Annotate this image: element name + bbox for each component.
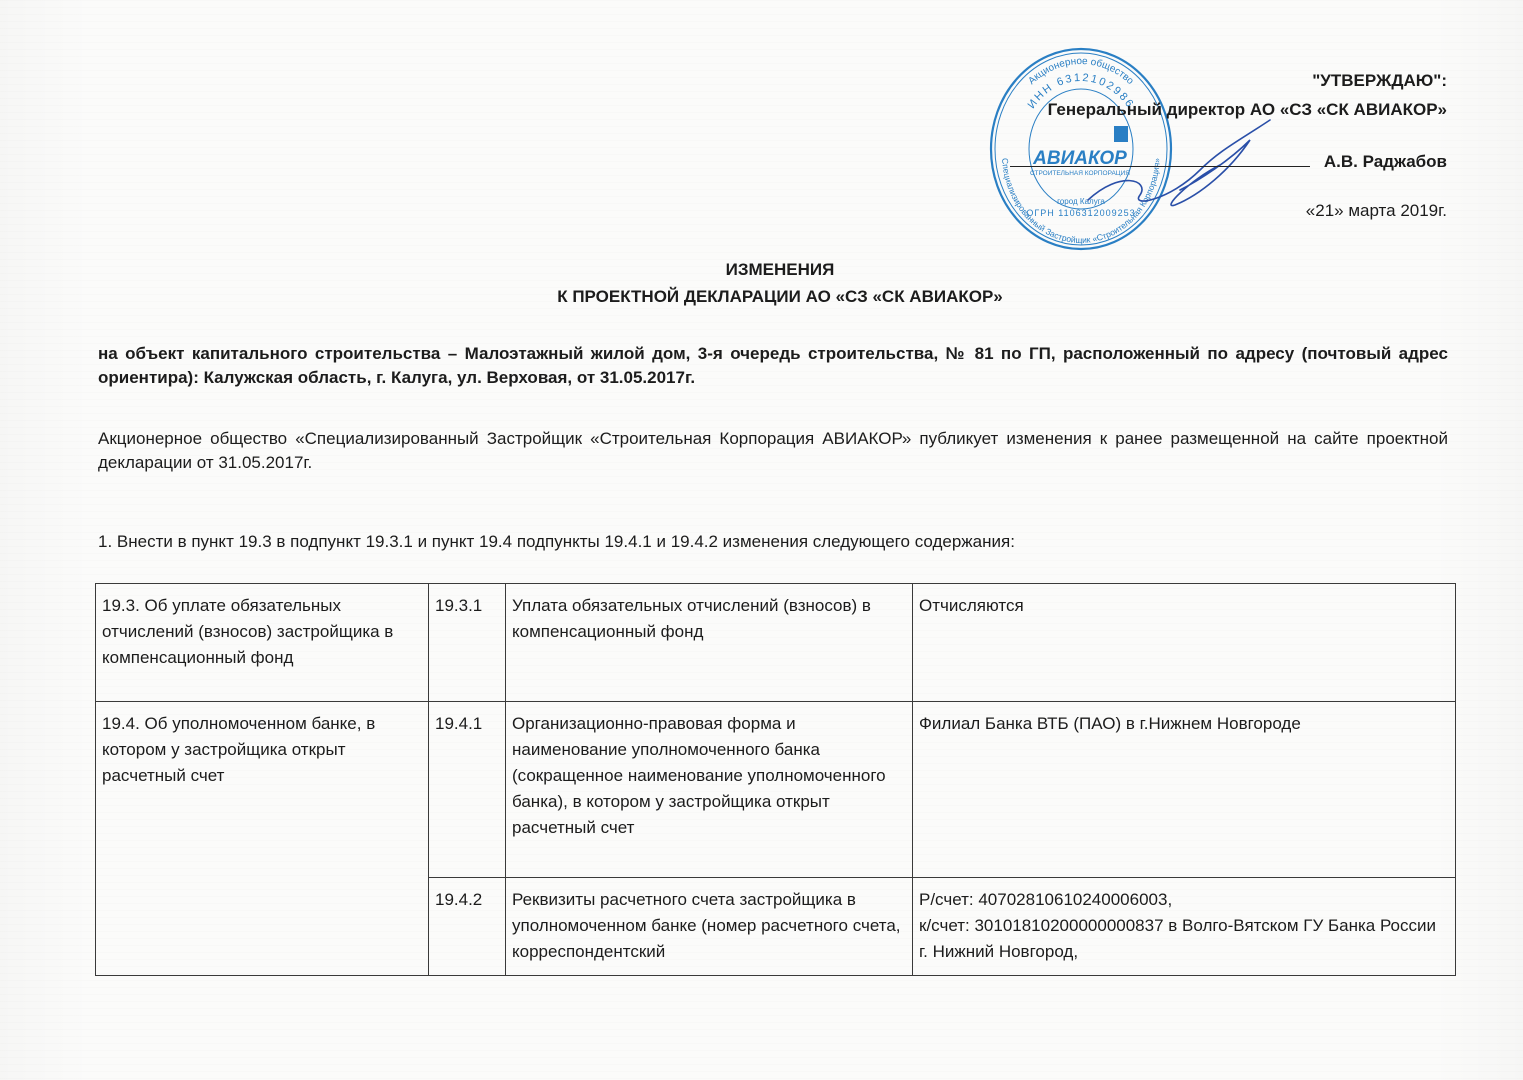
- code-cell: 19.4.1: [429, 702, 506, 878]
- approval-block: "УТВЕРЖДАЮ": Генеральный директор АО «СЗ…: [1010, 66, 1447, 225]
- approval-heading: "УТВЕРЖДАЮ":: [1010, 66, 1447, 95]
- document-page: Акционерное общество ИНН 6312102986 Спец…: [0, 0, 1523, 1080]
- field-cell: Уплата обязательных отчислений (взносов)…: [506, 584, 913, 702]
- signature-row: А.В. Раджабов: [1010, 147, 1447, 176]
- intro-paragraph: Акционерное общество «Специализированный…: [98, 427, 1448, 475]
- item-1-paragraph: 1. Внести в пункт 19.3 в подпункт 19.3.1…: [98, 530, 1448, 554]
- approval-date: «21» марта 2019г.: [1010, 196, 1447, 225]
- approver-position: Генеральный директор АО «СЗ «СК АВИАКОР»: [1010, 95, 1447, 124]
- object-description: на объект капитального строительства – М…: [98, 342, 1448, 390]
- field-cell: Реквизиты расчетного счета застройщика в…: [506, 878, 913, 976]
- field-cell: Организационно-правовая форма и наименов…: [506, 702, 913, 878]
- document-title: ИЗМЕНЕНИЯ: [0, 260, 1523, 280]
- section-cell: 19.3. Об уплате обязательных отчислений …: [96, 584, 429, 702]
- code-cell: 19.3.1: [429, 584, 506, 702]
- account-number: Р/счет: 40702810610240006003,: [919, 887, 1449, 913]
- correspondent-account: к/счет: 30101810200000000837 в Волго-Вят…: [919, 913, 1449, 965]
- code-cell: 19.4.2: [429, 878, 506, 976]
- section-cell: 19.4. Об уполномоченном банке, в котором…: [96, 702, 429, 976]
- changes-table: 19.3. Об уплате обязательных отчислений …: [95, 583, 1456, 976]
- value-cell: Р/счет: 40702810610240006003, к/счет: 30…: [913, 878, 1456, 976]
- table-row: 19.3. Об уплате обязательных отчислений …: [96, 584, 1456, 702]
- document-subtitle: К ПРОЕКТНОЙ ДЕКЛАРАЦИИ АО «СЗ «СК АВИАКО…: [0, 287, 1523, 307]
- approver-name: А.В. Раджабов: [1324, 152, 1447, 171]
- value-cell: Отчисляются: [913, 584, 1456, 702]
- table-row: 19.4. Об уполномоченном банке, в котором…: [96, 702, 1456, 878]
- signature-line: [1010, 148, 1310, 167]
- value-cell: Филиал Банка ВТБ (ПАО) в г.Нижнем Новгор…: [913, 702, 1456, 878]
